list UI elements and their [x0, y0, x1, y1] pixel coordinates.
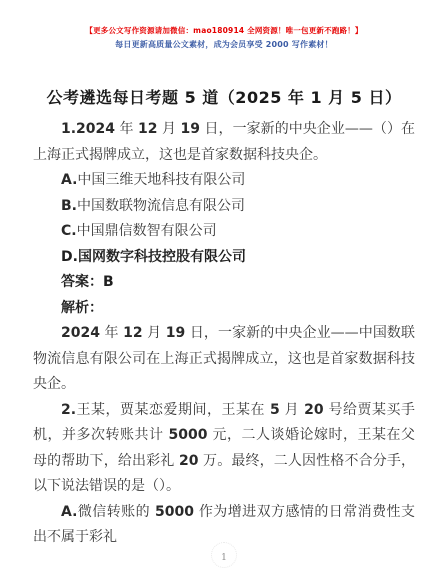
page-number-area: 1: [221, 545, 227, 564]
analysis-label: 解析：: [33, 296, 415, 322]
document-title: 公考遴选每日考题 5 道（2025 年 1 月 5 日）: [33, 85, 415, 108]
analysis-text: 2024 年 12 月 19 日，一家新的中央企业——中国数联物流信息有限公司在…: [33, 321, 415, 398]
question-1-text: 1.2024 年 12 月 19 日，一家新的中央企业——（）在上海正式揭牌成立…: [33, 117, 415, 168]
option-d: D.国网数字科技控股有限公司: [33, 245, 415, 271]
option-a: A.中国三维天地科技有限公司: [33, 168, 415, 194]
question-2-text: 2.王某，贾某恋爱期间，王某在 5 月 20 号给贾某买手机，并多次转账共计 5…: [33, 398, 415, 500]
ad-banner-red-line: 【更多公文写作资源请加微信：mao180914 全网资源！唯一包更新不跑路！】: [0, 25, 448, 36]
page-number: 1: [221, 553, 227, 563]
ad-banner: 【更多公文写作资源请加微信：mao180914 全网资源！唯一包更新不跑路！】 …: [0, 0, 448, 50]
option-b: B.中国数联物流信息有限公司: [33, 194, 415, 220]
page-footer: 1: [0, 545, 448, 564]
ad-banner-blue-line: 每日更新高质量公文素材，成为会员享受 2000 写作素材！: [0, 39, 448, 50]
document-page: 【更多公文写作资源请加微信：mao180914 全网资源！唯一包更新不跑路！】 …: [0, 0, 448, 580]
document-body: 1.2024 年 12 月 19 日，一家新的中央企业——（）在上海正式揭牌成立…: [0, 117, 448, 551]
answer-label: 答案：B: [33, 270, 415, 296]
option-c: C.中国鼎信数智有限公司: [33, 219, 415, 245]
